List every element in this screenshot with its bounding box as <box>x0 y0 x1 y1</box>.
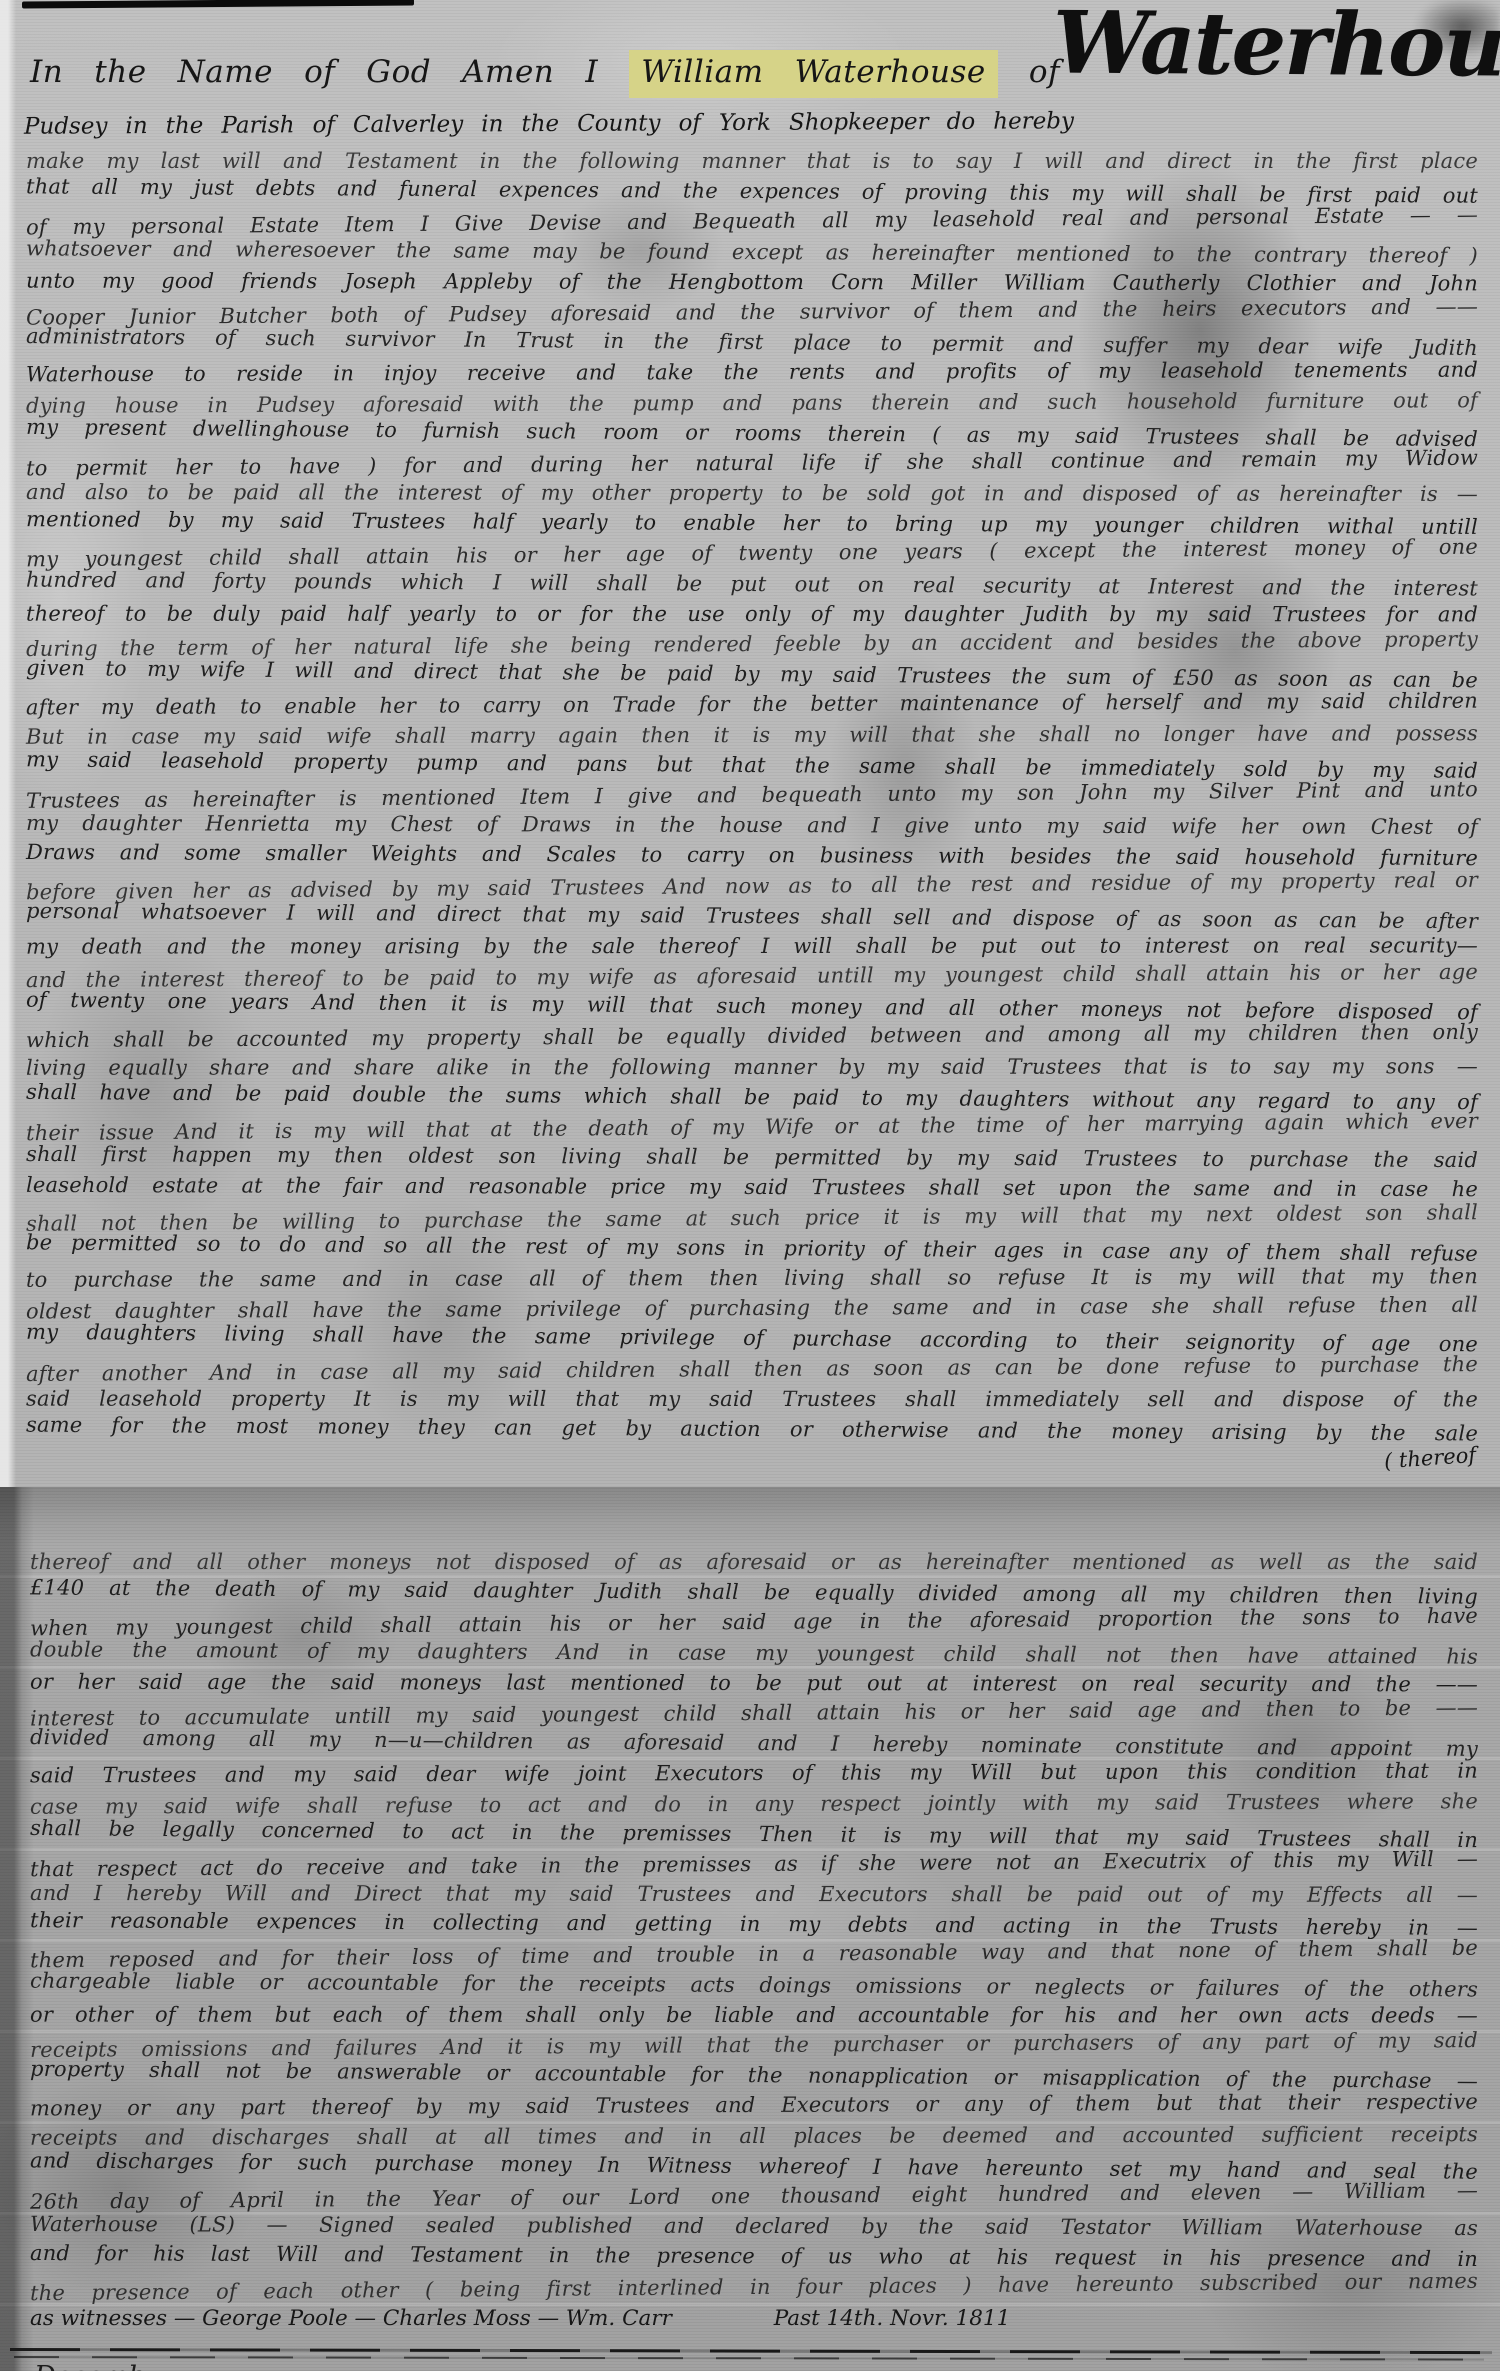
horizontal-rule <box>10 2348 1492 2354</box>
manuscript-line: said Trustees and my said dear wife join… <box>30 1756 1478 1791</box>
manuscript-page-1: In the Name of God Amen I William Waterh… <box>0 0 1500 1487</box>
page2-text-block: thereof and all other moneys not dispose… <box>30 1547 1478 2302</box>
manuscript-line: said leasehold property It is my will th… <box>26 1383 1478 1414</box>
manuscript-line: double the amount of my daughters And in… <box>30 1634 1478 1672</box>
manuscript-line: after my death to enable her to carry on… <box>26 686 1478 723</box>
manuscript-line: same for the most money they can get by … <box>26 1409 1478 1448</box>
witness-names: as witnesses — George Poole — Charles Mo… <box>30 2306 672 2331</box>
horizontal-rule <box>14 2356 1484 2361</box>
manuscript-line: money or any part thereof by my said Tru… <box>30 2087 1478 2124</box>
manuscript-line: the presence of each other ( being first… <box>30 2265 1478 2308</box>
cutoff-text-fragment: Decemb <box>34 2362 534 2371</box>
catchword: ( thereof <box>1383 1443 1477 1473</box>
manuscript-line: chargeable liable or accountable for the… <box>30 1965 1478 2004</box>
probate-docket: Past 14th. Novr. 1811 <box>774 2306 1011 2331</box>
opening-pre-text: In the Name of God Amen I <box>30 54 598 90</box>
manuscript-page-2: thereof and all other moneys not dispose… <box>0 1487 1500 2371</box>
manuscript-line: thereof and all other moneys not dispose… <box>30 1547 1478 1577</box>
manuscript-line: Waterhouse to reside in injoy receive an… <box>26 355 1478 390</box>
highlighted-testator-name: William Waterhouse <box>629 50 998 98</box>
page1-text-block: make my last will and Testament in the f… <box>26 146 1478 1444</box>
margin-surname: Waterhouse. <box>1053 0 1499 97</box>
manuscript-line: which shall be accounted my property sha… <box>26 1017 1478 1056</box>
opening-line: In the Name of God Amen I William Waterh… <box>30 44 1060 106</box>
manuscript-line: after another And in case all my said ch… <box>26 1349 1478 1389</box>
manuscript-line: hundred and forty pounds which I will sh… <box>26 564 1478 603</box>
manuscript-line: make my last will and Testament in the f… <box>26 146 1478 176</box>
scan-edge-bar <box>22 0 414 9</box>
witness-line: as witnesses — George Poole — Charles Mo… <box>30 2303 1478 2335</box>
manuscript-line: my death and the money arising by the sa… <box>26 930 1478 961</box>
manuscript-line: Pudsey in the Parish of Calverley in the… <box>24 101 1074 148</box>
will-manuscript-scan: In the Name of God Amen I William Waterh… <box>0 0 1500 2371</box>
manuscript-line: whatsoever and wheresoever the same may … <box>26 233 1478 271</box>
